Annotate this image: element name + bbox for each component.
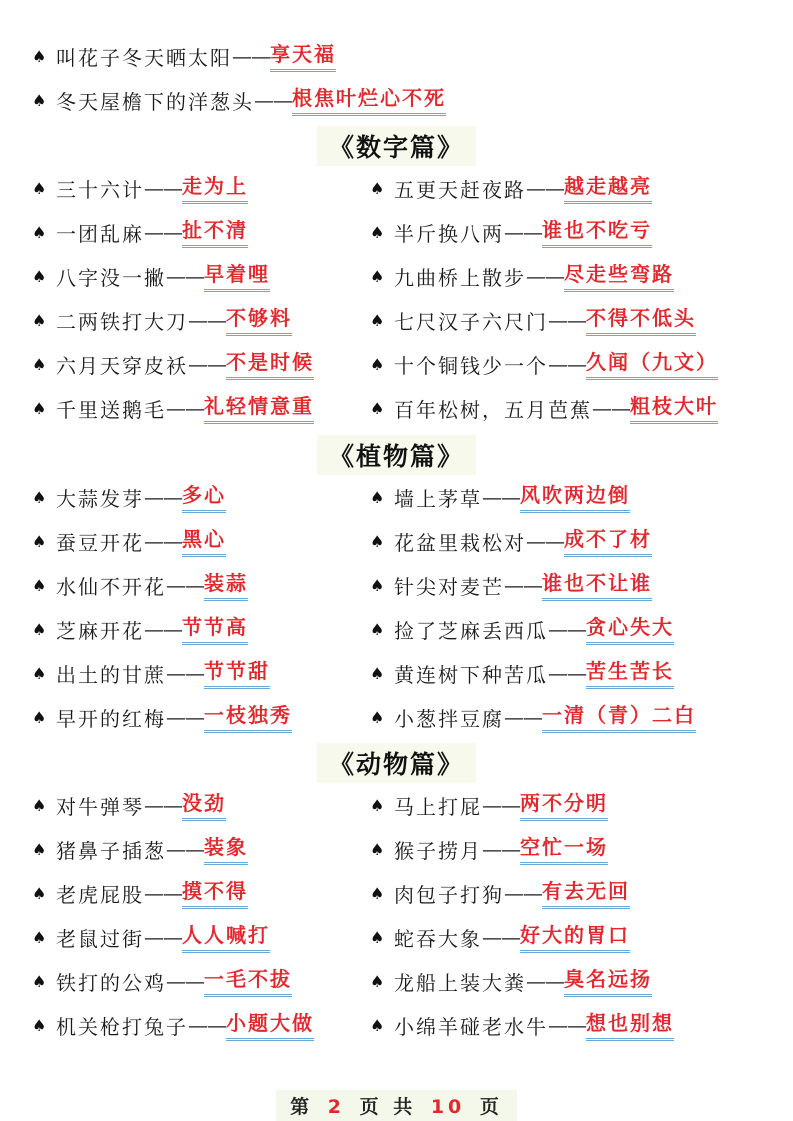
saying-row: ♠ 黄连树下种苦瓜——苦生苦长 (370, 655, 674, 691)
spade-bullet-icon: ♠ (32, 355, 56, 374)
saying-row: ♠ 八字没一撇——早着哩 (32, 258, 270, 294)
saying-answer: 装蒜 (204, 569, 248, 601)
saying-row: ♠ 一团乱麻——扯不清 (32, 214, 248, 250)
spade-bullet-icon: ♠ (370, 972, 394, 991)
spade-bullet-icon: ♠ (32, 708, 56, 727)
saying-row: ♠ 铁打的公鸡——一毛不拔 (32, 963, 292, 999)
saying-dash: —— (166, 396, 204, 420)
saying-answer: 不得不低头 (586, 304, 696, 336)
saying-row: ♠ 出土的甘蔗——节节甜 (32, 655, 270, 691)
saying-answer: 一毛不拔 (204, 965, 292, 997)
saying-dash: —— (482, 485, 520, 509)
saying-answer: 没劲 (182, 789, 226, 821)
spade-bullet-icon: ♠ (370, 840, 394, 859)
saying-row: ♠ 十个铜钱少一个——久闻（九文） (370, 346, 718, 382)
saying-row: ♠ 芝麻开花——节节高 (32, 611, 248, 647)
saying-dash: —— (166, 837, 204, 861)
saying-dash: —— (166, 705, 204, 729)
spade-bullet-icon: ♠ (32, 47, 56, 66)
saying-dash: —— (166, 264, 204, 288)
saying-question: 小绵羊碰老水牛 (394, 1011, 548, 1040)
saying-row: ♠ 猴子捞月——空忙一场 (370, 831, 608, 867)
saying-answer: 一清（青）二白 (542, 701, 696, 733)
saying-question: 花盆里栽松对 (394, 527, 526, 556)
spade-bullet-icon: ♠ (370, 223, 394, 242)
spade-bullet-icon: ♠ (32, 223, 56, 242)
saying-answer: 多心 (182, 481, 226, 513)
section-title: 《植物篇》 (317, 435, 476, 475)
saying-question: 老虎屁股 (56, 879, 144, 908)
spade-bullet-icon: ♠ (32, 1016, 56, 1035)
page-footer: 第 2 页 共 10 页 (0, 1090, 793, 1121)
saying-question: 黄连树下种苦瓜 (394, 659, 548, 688)
saying-dash: —— (232, 44, 270, 68)
saying-answer: 节节甜 (204, 657, 270, 689)
spade-bullet-icon: ♠ (32, 664, 56, 683)
section-header-animals: 《动物篇》 (0, 743, 793, 783)
spade-bullet-icon: ♠ (370, 664, 394, 683)
saying-dash: —— (482, 793, 520, 817)
saying-question: 机关枪打兔子 (56, 1011, 188, 1040)
saying-row: ♠ 叫花子冬天晒太阳——享天福 (32, 38, 336, 74)
saying-answer: 一枝独秀 (204, 701, 292, 733)
spade-bullet-icon: ♠ (370, 708, 394, 727)
saying-dash: —— (482, 925, 520, 949)
saying-answer: 根焦叶烂心不死 (292, 84, 446, 116)
saying-row: ♠ 大蒜发芽——多心 (32, 479, 226, 515)
saying-answer: 人人喊打 (182, 921, 270, 953)
page-middle: 页 共 (360, 1096, 417, 1118)
saying-question: 水仙不开花 (56, 571, 166, 600)
saying-row: ♠ 九曲桥上散步——尽走些弯路 (370, 258, 674, 294)
saying-dash: —— (548, 617, 586, 641)
saying-row: ♠ 花盆里栽松对——成不了材 (370, 523, 652, 559)
saying-row: ♠ 捡了芝麻丢西瓜——贪心失大 (370, 611, 674, 647)
saying-question: 七尺汉子六尺门 (394, 306, 548, 335)
saying-answer: 摸不得 (182, 877, 248, 909)
current-page-number: 2 (328, 1096, 345, 1118)
saying-question: 百年松树，五月芭蕉 (394, 394, 592, 423)
spade-bullet-icon: ♠ (370, 928, 394, 947)
saying-dash: —— (166, 969, 204, 993)
saying-dash: —— (548, 308, 586, 332)
saying-row: ♠ 机关枪打兔子——小题大做 (32, 1007, 314, 1043)
saying-dash: —— (188, 1013, 226, 1037)
saying-dash: —— (188, 308, 226, 332)
spade-bullet-icon: ♠ (370, 399, 394, 418)
saying-question: 千里送鹅毛 (56, 394, 166, 423)
saying-answer: 风吹两边倒 (520, 481, 630, 513)
saying-row: ♠ 对牛弹琴——没劲 (32, 787, 226, 823)
page-suffix: 页 (480, 1096, 503, 1118)
saying-answer: 尽走些弯路 (564, 260, 674, 292)
saying-row: ♠ 六月天穿皮袄——不是时候 (32, 346, 314, 382)
saying-question: 龙船上装大粪 (394, 967, 526, 996)
saying-row: ♠ 蛇吞大象——好大的胃口 (370, 919, 630, 955)
saying-answer: 苦生苦长 (586, 657, 674, 689)
saying-question: 半斤换八两 (394, 218, 504, 247)
saying-row: ♠ 百年松树，五月芭蕉——粗枝大叶 (370, 390, 718, 426)
saying-row: ♠ 早开的红梅——一枝独秀 (32, 699, 292, 735)
saying-question: 出土的甘蔗 (56, 659, 166, 688)
saying-dash: —— (526, 176, 564, 200)
saying-row: ♠ 老虎屁股——摸不得 (32, 875, 248, 911)
saying-question: 六月天穿皮袄 (56, 350, 188, 379)
spade-bullet-icon: ♠ (370, 576, 394, 595)
spade-bullet-icon: ♠ (32, 972, 56, 991)
spade-bullet-icon: ♠ (32, 179, 56, 198)
saying-answer: 空忙一场 (520, 833, 608, 865)
saying-answer: 黑心 (182, 525, 226, 557)
saying-question: 大蒜发芽 (56, 483, 144, 512)
page-prefix: 第 (290, 1096, 313, 1118)
saying-row: ♠ 二两铁打大刀——不够料 (32, 302, 292, 338)
spade-bullet-icon: ♠ (370, 267, 394, 286)
spade-bullet-icon: ♠ (32, 311, 56, 330)
saying-dash: —— (526, 529, 564, 553)
saying-row: ♠ 小葱拌豆腐——一清（青）二白 (370, 699, 696, 735)
saying-dash: —— (548, 352, 586, 376)
saying-answer: 越走越亮 (564, 172, 652, 204)
saying-answer: 小题大做 (226, 1009, 314, 1041)
saying-question: 马上打屁 (394, 791, 482, 820)
saying-answer: 贪心失大 (586, 613, 674, 645)
spade-bullet-icon: ♠ (32, 884, 56, 903)
spade-bullet-icon: ♠ (370, 311, 394, 330)
saying-row: ♠ 针尖对麦芒——谁也不让谁 (370, 567, 652, 603)
saying-question: 八字没一撇 (56, 262, 166, 291)
saying-row: ♠ 龙船上装大粪——臭名远扬 (370, 963, 652, 999)
saying-answer: 臭名远扬 (564, 965, 652, 997)
saying-question: 芝麻开花 (56, 615, 144, 644)
saying-answer: 走为上 (182, 172, 248, 204)
saying-dash: —— (482, 837, 520, 861)
saying-answer: 享天福 (270, 40, 336, 72)
spade-bullet-icon: ♠ (370, 355, 394, 374)
saying-row: ♠ 小绵羊碰老水牛——想也别想 (370, 1007, 674, 1043)
spade-bullet-icon: ♠ (32, 796, 56, 815)
saying-question: 冬天屋檐下的洋葱头 (56, 86, 254, 115)
saying-row: ♠ 老鼠过街——人人喊打 (32, 919, 270, 955)
spade-bullet-icon: ♠ (370, 1016, 394, 1035)
spade-bullet-icon: ♠ (32, 267, 56, 286)
spade-bullet-icon: ♠ (32, 840, 56, 859)
saying-answer: 早着哩 (204, 260, 270, 292)
saying-question: 蚕豆开花 (56, 527, 144, 556)
saying-dash: —— (254, 88, 292, 112)
saying-dash: —— (166, 661, 204, 685)
saying-answer: 好大的胃口 (520, 921, 630, 953)
saying-dash: —— (504, 705, 542, 729)
spade-bullet-icon: ♠ (370, 884, 394, 903)
saying-question: 猪鼻子插葱 (56, 835, 166, 864)
spade-bullet-icon: ♠ (370, 488, 394, 507)
saying-question: 一团乱麻 (56, 218, 144, 247)
saying-question: 铁打的公鸡 (56, 967, 166, 996)
saying-row: ♠ 千里送鹅毛——礼轻情意重 (32, 390, 314, 426)
saying-dash: —— (188, 352, 226, 376)
saying-question: 三十六计 (56, 174, 144, 203)
saying-answer: 粗枝大叶 (630, 392, 718, 424)
saying-row: ♠ 三十六计——走为上 (32, 170, 248, 206)
saying-row: ♠ 冬天屋檐下的洋葱头——根焦叶烂心不死 (32, 82, 446, 118)
saying-dash: —— (592, 396, 630, 420)
saying-dash: —— (144, 881, 182, 905)
saying-dash: —— (548, 661, 586, 685)
saying-question: 五更天赶夜路 (394, 174, 526, 203)
spade-bullet-icon: ♠ (370, 796, 394, 815)
saying-dash: —— (144, 485, 182, 509)
spade-bullet-icon: ♠ (370, 620, 394, 639)
section-title: 《动物篇》 (317, 743, 476, 783)
saying-dash: —— (504, 881, 542, 905)
spade-bullet-icon: ♠ (32, 532, 56, 551)
saying-question: 肉包子打狗 (394, 879, 504, 908)
saying-dash: —— (144, 220, 182, 244)
saying-dash: —— (504, 220, 542, 244)
saying-question: 针尖对麦芒 (394, 571, 504, 600)
saying-dash: —— (144, 793, 182, 817)
saying-question: 捡了芝麻丢西瓜 (394, 615, 548, 644)
saying-row: ♠ 马上打屁——两不分明 (370, 787, 608, 823)
saying-row: ♠ 水仙不开花——装蒜 (32, 567, 248, 603)
spade-bullet-icon: ♠ (370, 179, 394, 198)
spade-bullet-icon: ♠ (32, 399, 56, 418)
spade-bullet-icon: ♠ (32, 576, 56, 595)
saying-question: 早开的红梅 (56, 703, 166, 732)
saying-answer: 礼轻情意重 (204, 392, 314, 424)
saying-answer: 扯不清 (182, 216, 248, 248)
section-header-plants: 《植物篇》 (0, 435, 793, 475)
saying-row: ♠ 猪鼻子插葱——装象 (32, 831, 248, 867)
saying-dash: —— (144, 617, 182, 641)
saying-answer: 两不分明 (520, 789, 608, 821)
spade-bullet-icon: ♠ (370, 532, 394, 551)
saying-question: 对牛弹琴 (56, 791, 144, 820)
saying-dash: —— (144, 176, 182, 200)
saying-dash: —— (548, 1013, 586, 1037)
saying-question: 猴子捞月 (394, 835, 482, 864)
saying-question: 十个铜钱少一个 (394, 350, 548, 379)
saying-row: ♠ 肉包子打狗——有去无回 (370, 875, 630, 911)
saying-question: 小葱拌豆腐 (394, 703, 504, 732)
saying-answer: 节节高 (182, 613, 248, 645)
saying-answer: 不是时候 (226, 348, 314, 380)
saying-answer: 不够料 (226, 304, 292, 336)
spade-bullet-icon: ♠ (32, 620, 56, 639)
saying-question: 蛇吞大象 (394, 923, 482, 952)
saying-row: ♠ 蚕豆开花——黑心 (32, 523, 226, 559)
saying-row: ♠ 半斤换八两——谁也不吃亏 (370, 214, 652, 250)
section-title: 《数字篇》 (317, 126, 476, 166)
saying-answer: 有去无回 (542, 877, 630, 909)
saying-dash: —— (526, 969, 564, 993)
saying-answer: 想也别想 (586, 1009, 674, 1041)
saying-dash: —— (166, 573, 204, 597)
total-pages-number: 10 (431, 1096, 465, 1118)
saying-row: ♠ 五更天赶夜路——越走越亮 (370, 170, 652, 206)
saying-dash: —— (526, 264, 564, 288)
saying-question: 老鼠过街 (56, 923, 144, 952)
saying-row: ♠ 墙上茅草——风吹两边倒 (370, 479, 630, 515)
saying-question: 叫花子冬天晒太阳 (56, 42, 232, 71)
saying-dash: —— (144, 529, 182, 553)
saying-dash: —— (144, 925, 182, 949)
spade-bullet-icon: ♠ (32, 91, 56, 110)
saying-question: 九曲桥上散步 (394, 262, 526, 291)
saying-answer: 谁也不让谁 (542, 569, 652, 601)
saying-answer: 装象 (204, 833, 248, 865)
saying-answer: 成不了材 (564, 525, 652, 557)
section-header-numbers: 《数字篇》 (0, 126, 793, 166)
spade-bullet-icon: ♠ (32, 488, 56, 507)
saying-answer: 久闻（九文） (586, 348, 718, 380)
spade-bullet-icon: ♠ (32, 928, 56, 947)
saying-question: 墙上茅草 (394, 483, 482, 512)
page-indicator: 第 2 页 共 10 页 (276, 1090, 517, 1121)
saying-answer: 谁也不吃亏 (542, 216, 652, 248)
saying-row: ♠ 七尺汉子六尺门——不得不低头 (370, 302, 696, 338)
saying-question: 二两铁打大刀 (56, 306, 188, 335)
saying-dash: —— (504, 573, 542, 597)
